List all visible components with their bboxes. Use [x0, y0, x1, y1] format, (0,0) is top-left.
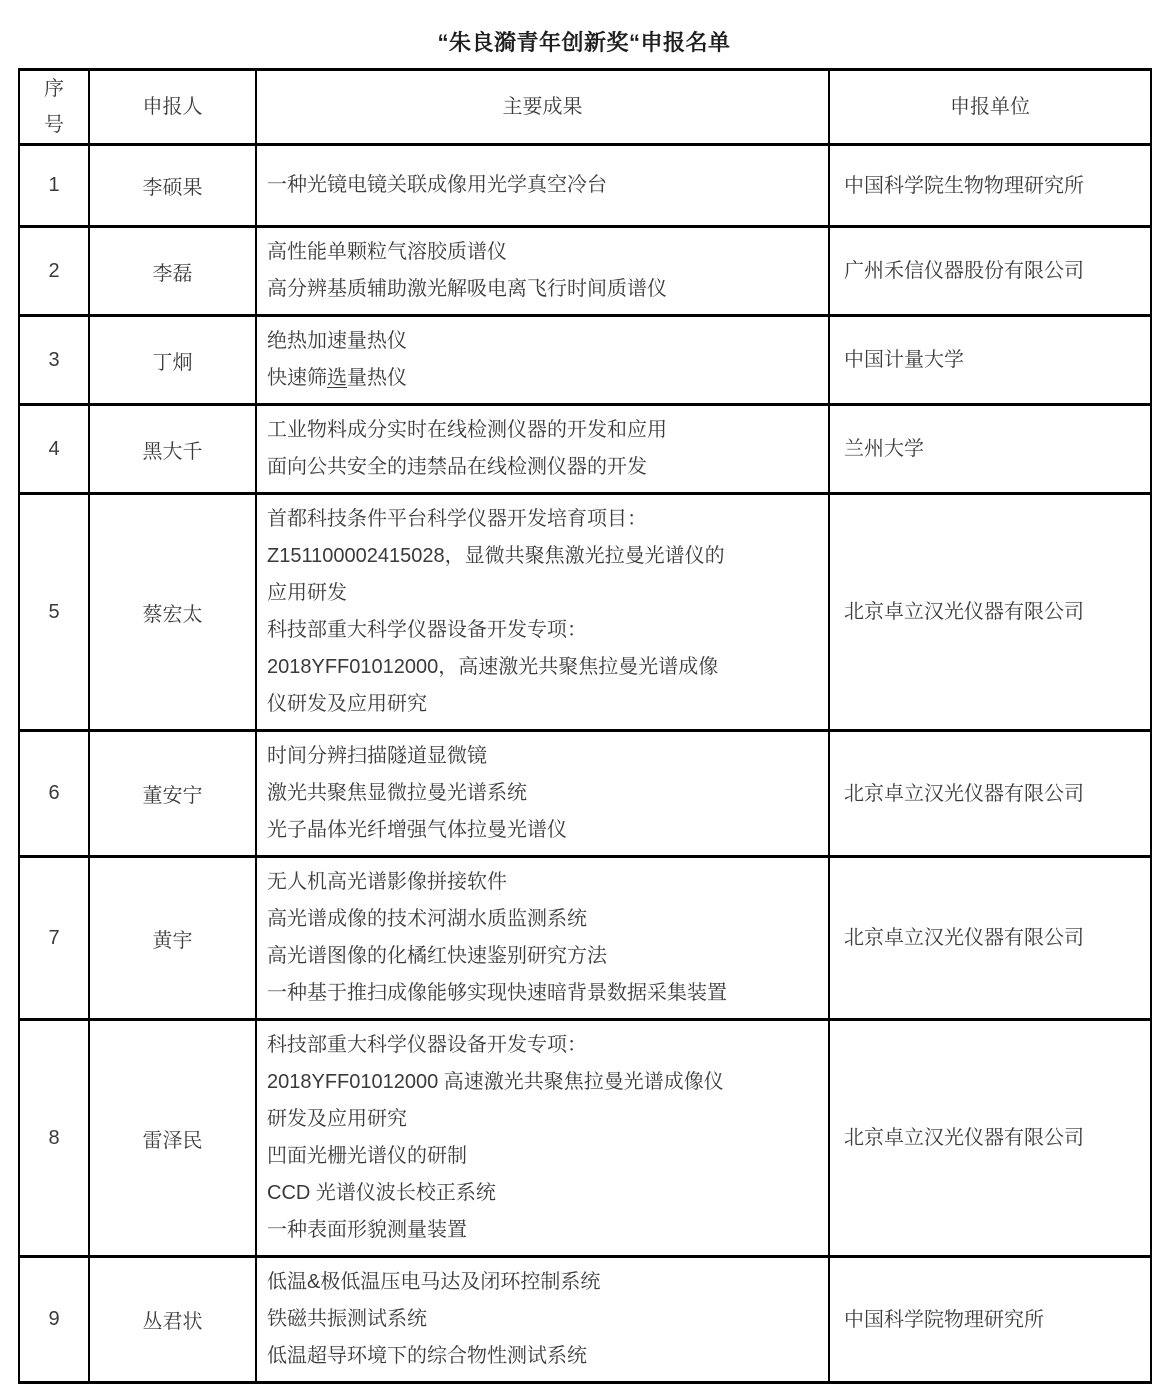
- achievement-line: 时间分辨扫描隧道显微镜: [267, 738, 820, 775]
- achievement-line: 激光共聚焦显微拉曼光谱系统: [267, 775, 820, 812]
- cell-organization: 北京卓立汉光仪器有限公司: [829, 857, 1151, 1020]
- cell-achievements: 科技部重大科学仪器设备开发专项：2018YFF01012000 高速激光共聚焦拉…: [256, 1020, 829, 1257]
- document-page: “朱良漪青年创新奖“申报名单 序号 申报人 主要成果 申报单位 1李硕果一种光镜…: [0, 0, 1168, 1384]
- header-row: 序号 申报人 主要成果 申报单位: [19, 70, 1151, 145]
- achievement-line: 高光谱成像的技术河湖水质监测系统: [267, 901, 820, 938]
- achievement-line: 仪研发及应用研究: [267, 686, 820, 723]
- achievement-line: 高分辨基质辅助激光解吸电离飞行时间质谱仪: [267, 271, 820, 308]
- cell-applicant: 丛君状: [89, 1257, 256, 1383]
- achievement-line: 光子晶体光纤增强气体拉曼光谱仪: [267, 812, 820, 849]
- achievement-line: 2018YFF01012000，高速激光共聚焦拉曼光谱成像: [267, 649, 820, 686]
- achievement-line: 高性能单颗粒气溶胶质谱仪: [267, 234, 820, 271]
- cell-applicant: 黄宇: [89, 857, 256, 1020]
- achievement-line: 科技部重大科学仪器设备开发专项：: [267, 1027, 820, 1064]
- achievement-line: 一种基于推扫成像能够实现快速暗背景数据采集装置: [267, 975, 820, 1012]
- cell-applicant: 蔡宏太: [89, 494, 256, 731]
- cell-achievements: 低温&极低温压电马达及闭环控制系统铁磁共振测试系统低温超导环境下的综合物性测试系…: [256, 1257, 829, 1383]
- cell-number: 7: [19, 857, 89, 1020]
- cell-organization: 广州禾信仪器股份有限公司: [829, 227, 1151, 316]
- achievement-line: 铁磁共振测试系统: [267, 1301, 820, 1338]
- cell-achievements: 一种光镜电镜关联成像用光学真空冷台: [256, 145, 829, 227]
- achievement-line: Z151100002415028，显微共聚焦激光拉曼光谱仪的: [267, 538, 820, 575]
- cell-number: 9: [19, 1257, 89, 1383]
- table-row: 7黄宇无人机高光谱影像拼接软件高光谱成像的技术河湖水质监测系统高光谱图像的化橘红…: [19, 857, 1151, 1020]
- achievement-line: 凹面光栅光谱仪的研制: [267, 1138, 820, 1175]
- table-row: 2李磊高性能单颗粒气溶胶质谱仪高分辨基质辅助激光解吸电离飞行时间质谱仪广州禾信仪…: [19, 227, 1151, 316]
- cell-organization: 中国科学院生物物理研究所: [829, 145, 1151, 227]
- cell-number: 3: [19, 316, 89, 405]
- achievement-line: 高光谱图像的化橘红快速鉴别研究方法: [267, 938, 820, 975]
- achievement-line: 绝热加速量热仪: [267, 323, 820, 360]
- page-title: “朱良漪青年创新奖“申报名单: [0, 0, 1168, 68]
- table-row: 5蔡宏太首都科技条件平台科学仪器开发培育项目：Z151100002415028，…: [19, 494, 1151, 731]
- cell-applicant: 李磊: [89, 227, 256, 316]
- cell-achievements: 时间分辨扫描隧道显微镜激光共聚焦显微拉曼光谱系统光子晶体光纤增强气体拉曼光谱仪: [256, 731, 829, 857]
- cell-achievements: 高性能单颗粒气溶胶质谱仪高分辨基质辅助激光解吸电离飞行时间质谱仪: [256, 227, 829, 316]
- header-organization: 申报单位: [829, 70, 1151, 145]
- header-number: 序号: [19, 70, 89, 145]
- header-applicant: 申报人: [89, 70, 256, 145]
- cell-applicant: 李硕果: [89, 145, 256, 227]
- cell-organization: 北京卓立汉光仪器有限公司: [829, 731, 1151, 857]
- cell-number: 1: [19, 145, 89, 227]
- table-row: 9丛君状低温&极低温压电马达及闭环控制系统铁磁共振测试系统低温超导环境下的综合物…: [19, 1257, 1151, 1383]
- achievement-line: CCD 光谱仪波长校正系统: [267, 1175, 820, 1212]
- achievement-line: 首都科技条件平台科学仪器开发培育项目：: [267, 501, 820, 538]
- cell-applicant: 董安宁: [89, 731, 256, 857]
- achievement-line: 低温&极低温压电马达及闭环控制系统: [267, 1264, 820, 1301]
- cell-organization: 兰州大学: [829, 405, 1151, 494]
- cell-applicant: 丁炯: [89, 316, 256, 405]
- cell-number: 8: [19, 1020, 89, 1257]
- cell-number: 2: [19, 227, 89, 316]
- cell-applicant: 黑大千: [89, 405, 256, 494]
- achievement-line: 工业物料成分实时在线检测仪器的开发和应用: [267, 412, 820, 449]
- achievement-line: 一种表面形貌测量装置: [267, 1212, 820, 1249]
- cell-organization: 北京卓立汉光仪器有限公司: [829, 1020, 1151, 1257]
- table-row: 4黑大千工业物料成分实时在线检测仪器的开发和应用面向公共安全的违禁品在线检测仪器…: [19, 405, 1151, 494]
- achievement-line: 一种光镜电镜关联成像用光学真空冷台: [267, 167, 820, 204]
- applicants-table: 序号 申报人 主要成果 申报单位 1李硕果一种光镜电镜关联成像用光学真空冷台中国…: [18, 68, 1152, 1384]
- cell-number: 6: [19, 731, 89, 857]
- cell-organization: 北京卓立汉光仪器有限公司: [829, 494, 1151, 731]
- achievement-line: 快速筛选量热仪: [267, 360, 820, 397]
- table-body: 1李硕果一种光镜电镜关联成像用光学真空冷台中国科学院生物物理研究所2李磊高性能单…: [19, 145, 1151, 1383]
- table-row: 6董安宁时间分辨扫描隧道显微镜激光共聚焦显微拉曼光谱系统光子晶体光纤增强气体拉曼…: [19, 731, 1151, 857]
- cell-organization: 中国计量大学: [829, 316, 1151, 405]
- underlined-text: 选: [327, 367, 347, 389]
- cell-achievements: 首都科技条件平台科学仪器开发培育项目：Z151100002415028，显微共聚…: [256, 494, 829, 731]
- table-row: 1李硕果一种光镜电镜关联成像用光学真空冷台中国科学院生物物理研究所: [19, 145, 1151, 227]
- cell-organization: 中国科学院物理研究所: [829, 1257, 1151, 1383]
- achievement-line: 2018YFF01012000 高速激光共聚焦拉曼光谱成像仪: [267, 1064, 820, 1101]
- cell-achievements: 绝热加速量热仪快速筛选量热仪: [256, 316, 829, 405]
- table-row: 8雷泽民科技部重大科学仪器设备开发专项：2018YFF01012000 高速激光…: [19, 1020, 1151, 1257]
- cell-achievements: 工业物料成分实时在线检测仪器的开发和应用面向公共安全的违禁品在线检测仪器的开发: [256, 405, 829, 494]
- achievement-line: 面向公共安全的违禁品在线检测仪器的开发: [267, 449, 820, 486]
- achievement-line: 科技部重大科学仪器设备开发专项：: [267, 612, 820, 649]
- cell-applicant: 雷泽民: [89, 1020, 256, 1257]
- achievement-line: 应用研发: [267, 575, 820, 612]
- achievement-line: 无人机高光谱影像拼接软件: [267, 864, 820, 901]
- achievement-line: 研发及应用研究: [267, 1101, 820, 1138]
- cell-number: 5: [19, 494, 89, 731]
- table-row: 3丁炯绝热加速量热仪快速筛选量热仪中国计量大学: [19, 316, 1151, 405]
- cell-number: 4: [19, 405, 89, 494]
- achievement-line: 低温超导环境下的综合物性测试系统: [267, 1338, 820, 1375]
- header-achievements: 主要成果: [256, 70, 829, 145]
- cell-achievements: 无人机高光谱影像拼接软件高光谱成像的技术河湖水质监测系统高光谱图像的化橘红快速鉴…: [256, 857, 829, 1020]
